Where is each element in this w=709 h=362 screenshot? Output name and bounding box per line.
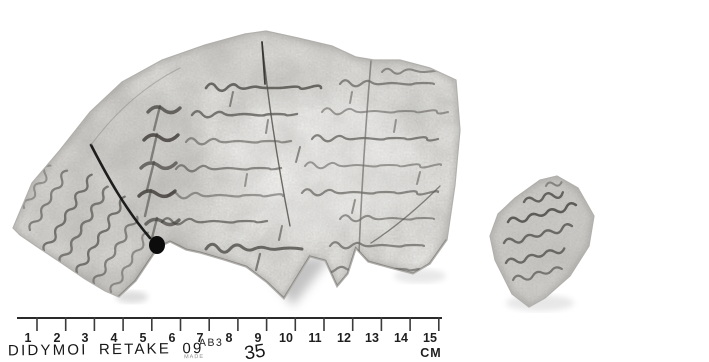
ruler-number: 13 xyxy=(365,331,379,345)
photo-plate: 1 2 3 4 5 6 7 8 9 10 11 12 13 14 15 CM D… xyxy=(0,0,709,362)
caption-stamp: MADE xyxy=(184,354,204,360)
ruler-number: 15 xyxy=(423,331,437,345)
ruler-number: 14 xyxy=(394,331,408,345)
caption-number: 35 xyxy=(243,340,267,362)
ostracon-small-fragment xyxy=(486,172,600,312)
ruler-number: 11 xyxy=(308,331,321,345)
ruler-number: 12 xyxy=(337,331,351,345)
caption-code: AB3 xyxy=(199,337,224,349)
ostracon-main-cluster xyxy=(8,24,466,304)
ruler-ticks xyxy=(37,317,439,331)
sherd-grain xyxy=(486,172,600,312)
ruler-unit-label: CM xyxy=(420,346,441,360)
shadow-hole xyxy=(149,236,165,254)
ruler-number: 8 xyxy=(226,331,233,345)
caption-text: DIDYMOI RETAKE 09 xyxy=(8,340,204,359)
ostraca-photograph: 1 2 3 4 5 6 7 8 9 10 11 12 13 14 15 CM D… xyxy=(0,0,709,362)
tonal-shading xyxy=(20,70,210,300)
ruler-number: 10 xyxy=(279,331,293,345)
